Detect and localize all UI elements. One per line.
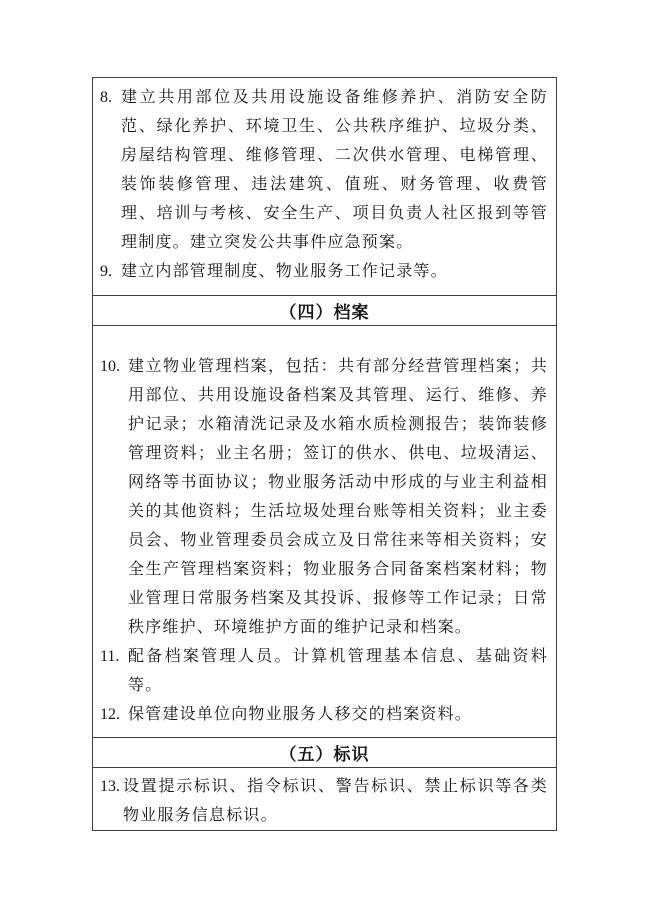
item-text: 保管建设单位向物业服务人移交的档案资料。 (128, 706, 472, 723)
item-number: 11. (100, 642, 119, 671)
table-cell-institutions: 8.建立共用部位及共用设施设备维修养护、消防安全防范、绿化养护、环境卫生、公共秩… (93, 78, 556, 295)
table-cell-signage: 13.设置提示标识、指令标识、警告标识、禁止标识等各类物业服务信息标识。 (93, 768, 556, 830)
list-item-13: 13.设置提示标识、指令标识、警告标识、禁止标识等各类物业服务信息标识。 (99, 772, 548, 830)
section-header-label: （四）档案 (280, 298, 370, 323)
item-number: 12. (100, 700, 120, 729)
list-item-11: 11.配备档案管理人员。计算机管理基本信息、基础资料等。 (99, 642, 548, 700)
item-text: 设置提示标识、指令标识、警告标识、禁止标识等各类物业服务信息标识。 (123, 778, 548, 824)
section-header-archives: （四）档案 (93, 295, 556, 326)
section-header-signage: （五）标识 (93, 737, 556, 768)
list-item-12: 12.保管建设单位向物业服务人移交的档案资料。 (99, 700, 548, 729)
list-item-9: 9.建立内部管理制度、物业服务工作记录等。 (99, 257, 548, 286)
document-page: 8.建立共用部位及共用设施设备维修养护、消防安全防范、绿化养护、环境卫生、公共秩… (0, 0, 650, 919)
item-number: 10. (100, 352, 120, 381)
document-table: 8.建立共用部位及共用设施设备维修养护、消防安全防范、绿化养护、环境卫生、公共秩… (92, 77, 557, 831)
item-number: 8. (100, 83, 112, 112)
table-cell-archives: 10.建立物业管理档案，包括：共有部分经营管理档案；共用部位、共用设施设备档案及… (93, 326, 556, 737)
list-item-8: 8.建立共用部位及共用设施设备维修养护、消防安全防范、绿化养护、环境卫生、公共秩… (99, 83, 548, 257)
list-item-10: 10.建立物业管理档案，包括：共有部分经营管理档案；共用部位、共用设施设备档案及… (99, 352, 548, 642)
section-header-label: （五）标识 (280, 740, 370, 765)
item-text: 建立内部管理制度、物业服务工作记录等。 (121, 263, 448, 280)
item-number: 13. (100, 772, 120, 801)
item-text: 配备档案管理人员。计算机管理基本信息、基础资料等。 (128, 648, 548, 694)
item-text: 建立物业管理档案，包括：共有部分经营管理档案；共用部位、共用设施设备档案及其管理… (128, 358, 548, 636)
item-text: 建立共用部位及共用设施设备维修养护、消防安全防范、绿化养护、环境卫生、公共秩序维… (121, 89, 548, 251)
item-number: 9. (100, 257, 112, 286)
